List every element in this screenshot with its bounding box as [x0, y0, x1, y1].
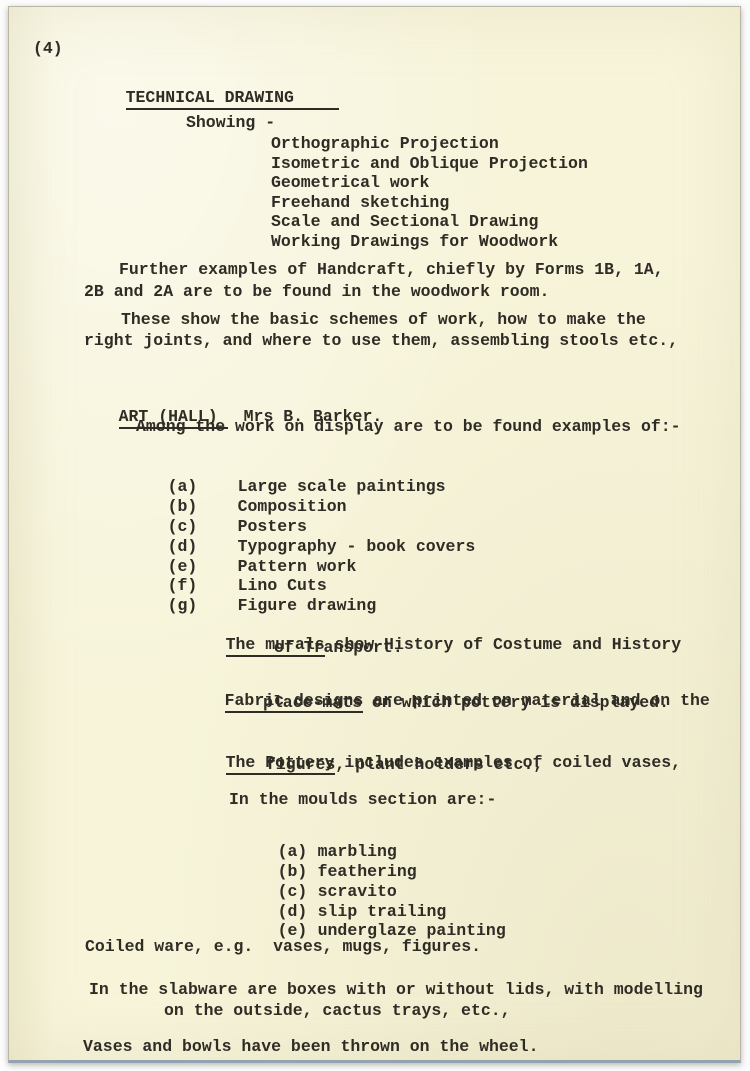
murals-line2: of Transport.	[274, 638, 403, 658]
paragraph-line: right joints, and where to use them, ass…	[84, 331, 678, 351]
coiled-ware-line: Coiled ware, e.g. vases, mugs, figures.	[85, 937, 481, 957]
slabware-line2: on the outside, cactus trays, etc.,	[164, 1001, 511, 1021]
heading-underlined-text: TECHNICAL DRAWING	[126, 88, 339, 110]
showing-item: Freehand sketching	[271, 193, 449, 213]
paragraph-line: 2B and 2A are to be found in the woodwor…	[84, 282, 549, 302]
showing-item: Scale and Sectional Drawing	[271, 212, 538, 232]
item-text: Figure drawing	[238, 596, 377, 615]
fabric-line2: place-mats on which pottery is displayed…	[263, 693, 669, 713]
showing-label: Showing -	[186, 113, 275, 133]
showing-item: Geometrical work	[271, 173, 429, 193]
art-intro: Among the work on display are to be foun…	[136, 417, 681, 437]
showing-item: Isometric and Oblique Projection	[271, 154, 588, 174]
wheel-line: Vases and bowls have been thrown on the …	[83, 1037, 538, 1057]
moulds-intro: In the moulds section are:-	[229, 790, 496, 810]
paragraph-line: These show the basic schemes of work, ho…	[121, 310, 646, 330]
paragraph-line: Further examples of Handcraft, chiefly b…	[119, 260, 664, 280]
showing-item: Working Drawings for Woodwork	[271, 232, 558, 252]
scanned-document-page: (4) TECHNICAL DRAWING Showing - Orthogra…	[8, 6, 741, 1063]
page-number: (4)	[33, 39, 63, 59]
murals-paragraph: The murals show History of Costume and H…	[186, 615, 681, 675]
item-label: (g)	[168, 596, 238, 616]
slabware-line1: In the slabware are boxes with or withou…	[89, 980, 703, 1000]
showing-item: Orthographic Projection	[271, 134, 499, 154]
pottery-line2: figures, plant holders etc.,	[266, 755, 543, 775]
